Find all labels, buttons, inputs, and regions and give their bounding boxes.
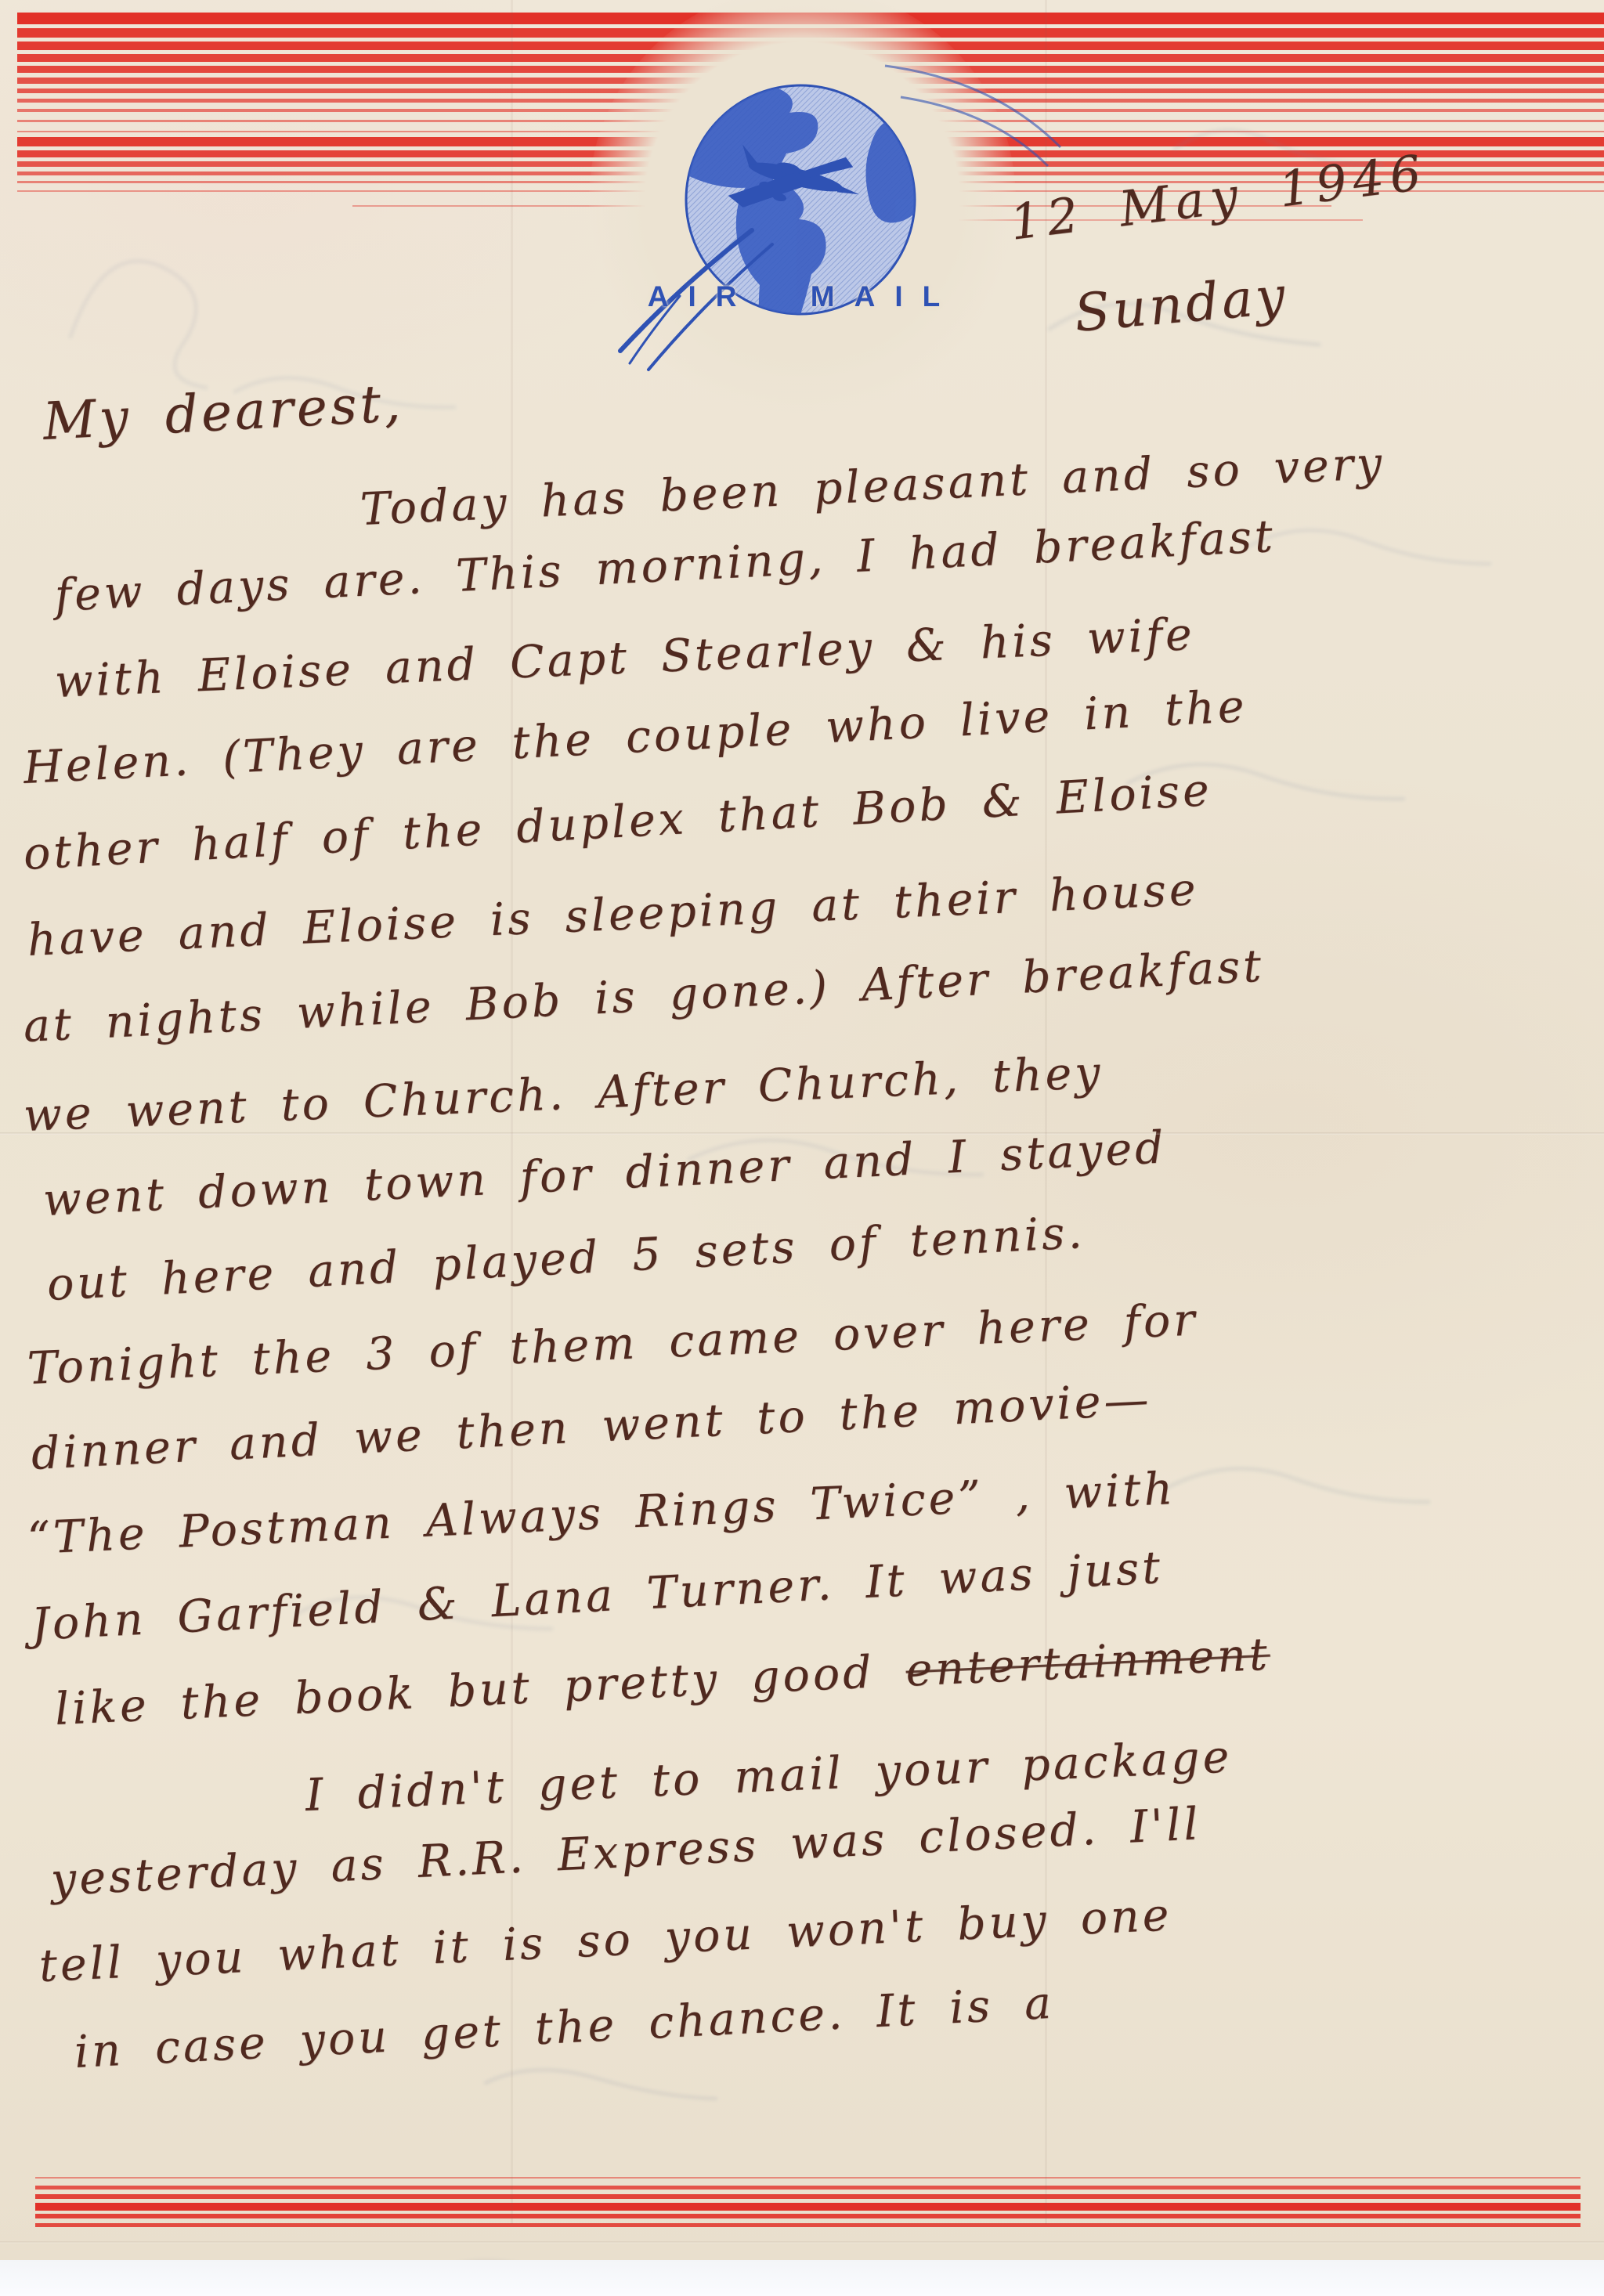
handwritten-line: tell you what it is so you won't buy one xyxy=(38,1889,1173,1992)
handwritten-line: we went to Church. After Church, they xyxy=(23,1047,1104,1142)
salutation: My dearest, xyxy=(42,373,405,452)
handwritten-line: dinner and we then went to the movie— xyxy=(30,1374,1152,1480)
handwritten-line: few days are. This morning, I had breakf… xyxy=(53,511,1277,622)
scan-background-strip xyxy=(0,2260,1604,2296)
handwritten-line: in case you get the chance. It is a xyxy=(73,1977,1055,2078)
handwritten-line: yesterday as R.R. Express was closed. I'… xyxy=(49,1798,1202,1906)
fold-crease-vertical xyxy=(1045,0,1047,2224)
line-text: like the book but pretty good xyxy=(54,1645,908,1735)
letter-scan: AIR MAIL 12 May 1946 Sunday My dearest, … xyxy=(0,0,1604,2296)
struck-word: entertainment xyxy=(905,1629,1271,1697)
fold-crease-vertical xyxy=(511,0,513,2224)
handwritten-line: like the book but pretty good entertainm… xyxy=(54,1629,1272,1735)
handwritten-line: John Garfield & Lana Turner. It was just xyxy=(30,1542,1164,1651)
handwritten-line: have and Eloise is sleeping at their hou… xyxy=(27,864,1200,966)
airmail-label: AIR MAIL xyxy=(648,280,959,313)
handwritten-line: out here and played 5 sets of tennis. xyxy=(45,1207,1086,1311)
letter-paper: AIR MAIL 12 May 1946 Sunday My dearest, … xyxy=(0,0,1604,2260)
fold-crease-horizontal xyxy=(0,1132,1604,1135)
fold-crease-horizontal xyxy=(0,2241,1604,2244)
letterhead-stripes-bottom xyxy=(35,2177,1581,2227)
